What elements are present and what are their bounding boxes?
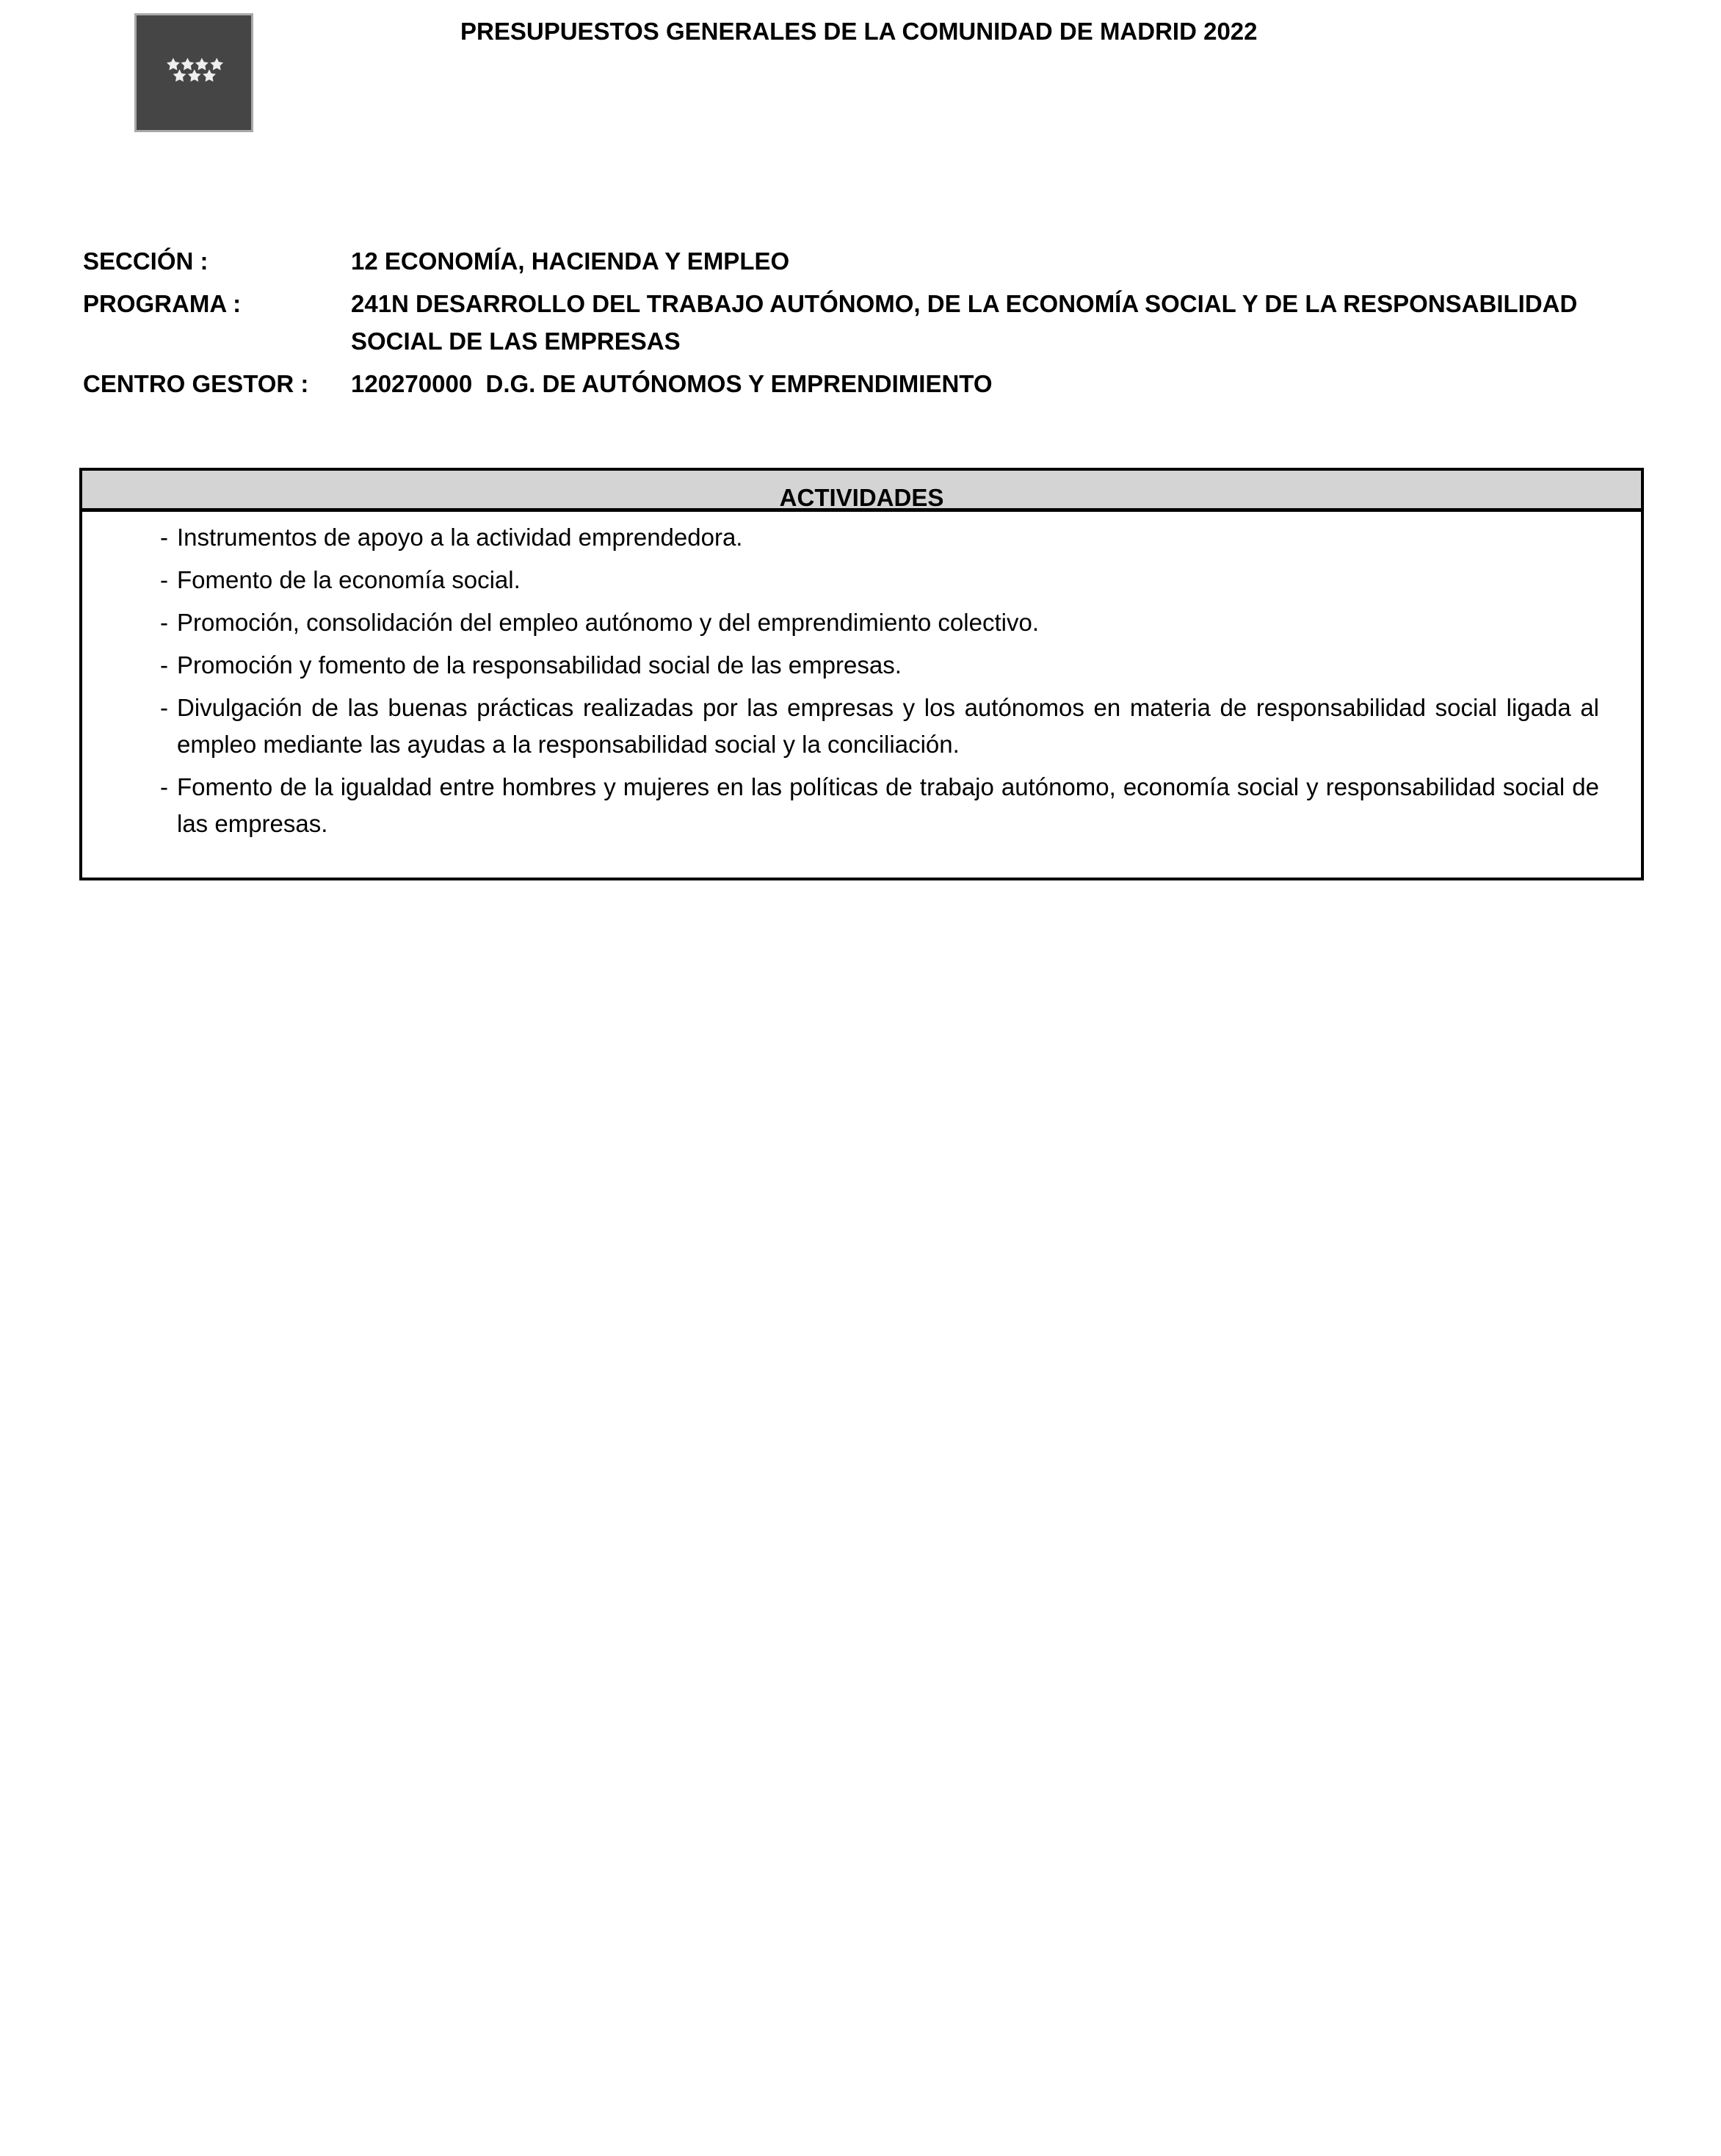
activity-text: Promoción y fomento de la responsabilida…	[177, 651, 902, 679]
program-label: PROGRAMA :	[83, 285, 351, 360]
activity-item: -Instrumentos de apoyo a la actividad em…	[160, 519, 1599, 556]
managing-center-row: CENTRO GESTOR : 120270000 D.G. DE AUTÓNO…	[83, 365, 1640, 402]
activity-text: Fomento de la economía social.	[177, 566, 521, 593]
program-metadata: SECCIÓN : 12 ECONOMÍA, HACIENDA Y EMPLEO…	[83, 242, 1640, 408]
activity-text: Promoción, consolidación del empleo autó…	[177, 609, 1039, 636]
bullet-dash: -	[160, 562, 168, 598]
bullet-dash: -	[160, 769, 168, 806]
section-value: 12 ECONOMÍA, HACIENDA Y EMPLEO	[351, 242, 1640, 280]
program-row: PROGRAMA : 241N DESARROLLO DEL TRABAJO A…	[83, 285, 1640, 360]
activity-item: -Divulgación de las buenas prácticas rea…	[160, 690, 1599, 763]
activity-item: -Fomento de la igualdad entre hombres y …	[160, 769, 1599, 842]
section-row: SECCIÓN : 12 ECONOMÍA, HACIENDA Y EMPLEO	[83, 242, 1640, 280]
activity-text: Divulgación de las buenas prácticas real…	[177, 694, 1599, 758]
activity-item: -Promoción y fomento de la responsabilid…	[160, 647, 1599, 684]
seven-stars-icon	[137, 15, 251, 130]
activities-header: ACTIVIDADES	[82, 471, 1641, 512]
program-value: 241N DESARROLLO DEL TRABAJO AUTÓNOMO, DE…	[351, 285, 1640, 360]
managing-center-value: 120270000 D.G. DE AUTÓNOMOS Y EMPRENDIMI…	[351, 365, 1640, 402]
document-title: PRESUPUESTOS GENERALES DE LA COMUNIDAD D…	[460, 18, 1258, 46]
bullet-dash: -	[160, 647, 168, 684]
activity-text: Fomento de la igualdad entre hombres y m…	[177, 773, 1599, 837]
section-label: SECCIÓN :	[83, 242, 351, 280]
activities-list: -Instrumentos de apoyo a la actividad em…	[82, 512, 1641, 842]
activity-item: -Promoción, consolidación del empleo aut…	[160, 604, 1599, 641]
bullet-dash: -	[160, 519, 168, 556]
activity-text: Instrumentos de apoyo a la actividad emp…	[177, 524, 742, 551]
comunidad-de-madrid-logo	[134, 13, 253, 132]
bullet-dash: -	[160, 690, 168, 726]
activities-table: ACTIVIDADES -Instrumentos de apoyo a la …	[79, 468, 1644, 880]
activity-item: -Fomento de la economía social.	[160, 562, 1599, 598]
managing-center-label: CENTRO GESTOR :	[83, 365, 351, 402]
bullet-dash: -	[160, 604, 168, 641]
